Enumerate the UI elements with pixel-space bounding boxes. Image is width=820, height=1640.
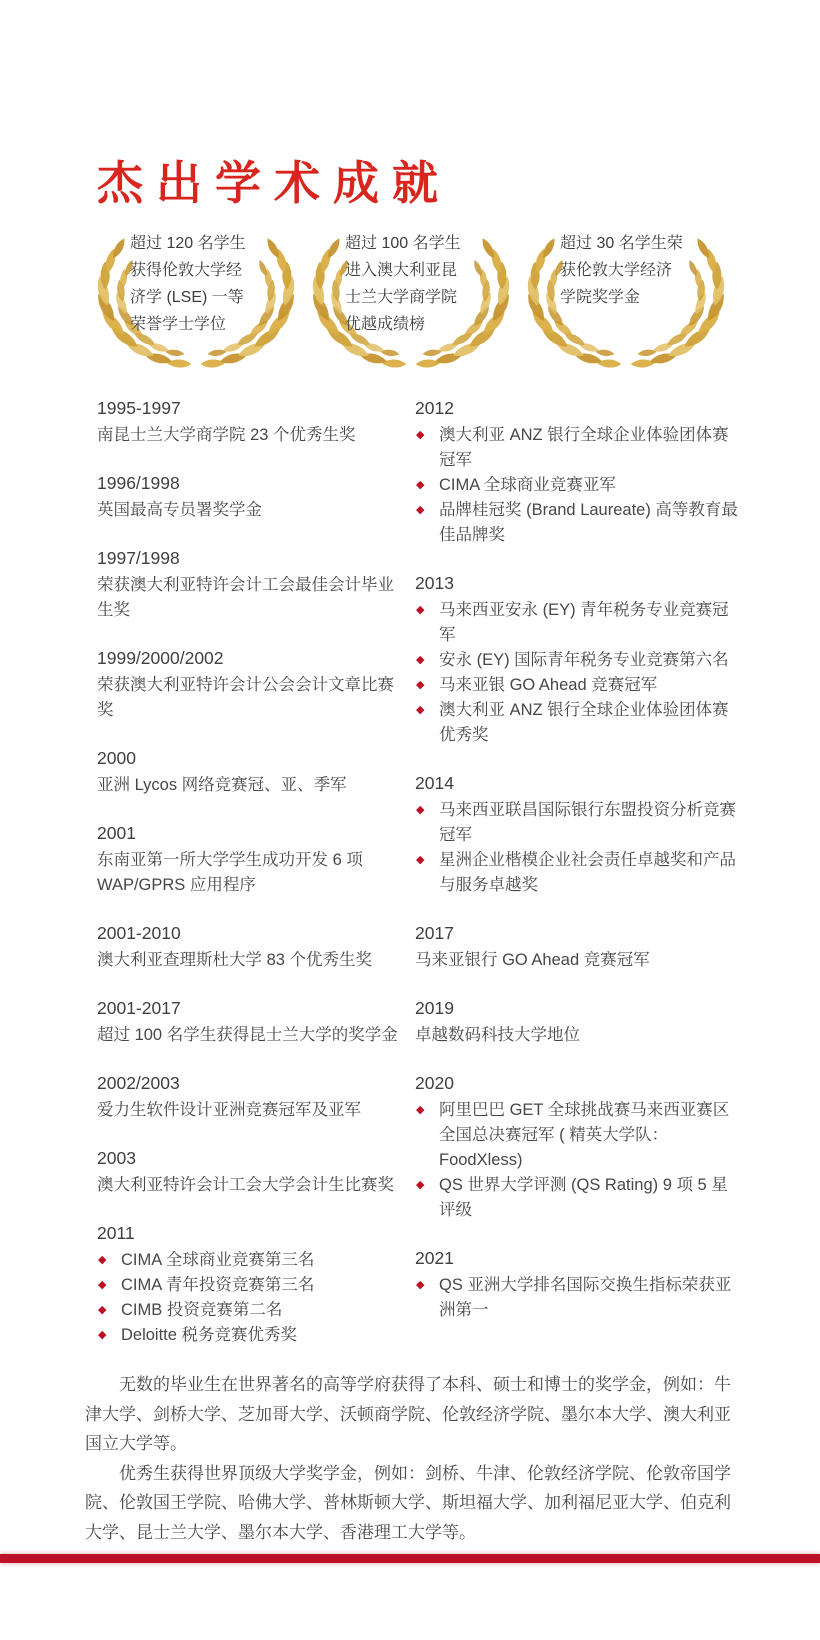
diamond-bullet-icon: ◆	[416, 673, 424, 698]
diamond-bullet-icon: ◆	[416, 498, 424, 523]
footer-paragraphs: 无数的毕业生在世界著名的高等学府获得了本科、硕士和博士的奖学金，例如：牛津大学、…	[85, 1370, 739, 1547]
badge-lse-scholarship: 超过 30 名学生荣 获伦敦大学经济 学院奖学金	[523, 210, 729, 376]
achievement-entry: 2017马来亚银行 GO Ahead 竞赛冠军	[415, 921, 739, 973]
page-title: 杰出学术成就	[97, 147, 451, 213]
entry-year: 2020	[415, 1071, 739, 1096]
award-badges-row: 超过 120 名学生 获得伦敦大学经 济学 (LSE) 一等 荣誉学士学位 超过…	[93, 210, 729, 376]
diamond-bullet-icon: ◆	[98, 1273, 106, 1298]
bullet-item-text: CIMA 全球商业竞赛亚军	[439, 476, 616, 494]
bullet-item: ◆QS 亚洲大学排名国际交换生指标荣获亚洲第一	[415, 1273, 739, 1323]
footer-paragraph-1: 无数的毕业生在世界著名的高等学府获得了本科、硕士和博士的奖学金，例如：牛津大学、…	[85, 1370, 739, 1459]
bullet-item-text: 澳大利亚 ANZ 银行全球企业体验团体赛冠军	[439, 426, 729, 469]
diamond-bullet-icon: ◆	[416, 798, 424, 823]
entry-text: 澳大利亚查理斯杜大学 83 个优秀生奖	[97, 948, 403, 973]
bullet-item: ◆CIMA 青年投资竞赛第三名	[97, 1273, 403, 1298]
achievement-entry: 2012◆澳大利亚 ANZ 银行全球企业体验团体赛冠军◆CIMA 全球商业竞赛亚…	[415, 396, 739, 548]
achievement-entry: 2000亚洲 Lycos 网络竞赛冠、亚、季军	[97, 746, 403, 798]
diamond-bullet-icon: ◆	[416, 1098, 424, 1123]
entry-year: 1999/2000/2002	[97, 646, 403, 671]
achievement-entry: 2019卓越数码科技大学地位	[415, 996, 739, 1048]
entry-year: 2011	[97, 1221, 403, 1246]
entry-year: 1996/1998	[97, 471, 403, 496]
badge-text: 超过 100 名学生 进入澳大利亚昆 士兰大学商学院 优越成绩榜	[345, 230, 496, 338]
entry-text: 英国最高专员署奖学金	[97, 498, 403, 523]
bullet-item-text: 马来西亚联昌国际银行东盟投资分析竞赛冠军	[439, 801, 736, 844]
achievement-entry: 1999/2000/2002荣获澳大利亚特许会计公会会计文章比赛奖	[97, 646, 403, 723]
bullet-item-text: Deloitte 税务竞赛优秀奖	[121, 1326, 297, 1344]
bullet-item-text: 品牌桂冠奖 (Brand Laureate) 高等教育最佳品牌奖	[439, 501, 738, 544]
bottom-red-bar	[0, 1554, 820, 1563]
achievement-entry: 2020◆阿里巴巴 GET 全球挑战赛马来西亚赛区全国总决赛冠军 ( 精英大学队…	[415, 1071, 739, 1223]
entry-year: 2001-2010	[97, 921, 403, 946]
entry-year: 2003	[97, 1146, 403, 1171]
bullet-item-text: 星洲企业楷模企业社会责任卓越奖和产品与服务卓越奖	[439, 851, 736, 894]
achievements-page: { "page": { "title": "杰出学术成就" }, "colors…	[0, 0, 820, 1640]
achievement-entry: 2011◆CIMA 全球商业竞赛第三名◆CIMA 青年投资竞赛第三名◆CIMB …	[97, 1221, 403, 1348]
bullet-item: ◆Deloitte 税务竞赛优秀奖	[97, 1323, 403, 1348]
achievement-entry: 2001东南亚第一所大学学生成功开发 6 项 WAP/GPRS 应用程序	[97, 821, 403, 898]
entry-text: 荣获澳大利亚特许会计公会会计文章比赛奖	[97, 673, 403, 723]
badge-lse-honours: 超过 120 名学生 获得伦敦大学经 济学 (LSE) 一等 荣誉学士学位	[93, 210, 299, 376]
entry-text: 卓越数码科技大学地位	[415, 1023, 739, 1048]
bullet-item-text: 马来亚银 GO Ahead 竞赛冠军	[439, 676, 657, 694]
bullet-item-text: QS 世界大学评测 (QS Rating) 9 项 5 星评级	[439, 1176, 728, 1219]
entry-text: 马来亚银行 GO Ahead 竞赛冠军	[415, 948, 739, 973]
achievement-entry: 1995-1997南昆士兰大学商学院 23 个优秀生奖	[97, 396, 403, 448]
achievements-left-column: 1995-1997南昆士兰大学商学院 23 个优秀生奖1996/1998英国最高…	[97, 396, 403, 1371]
diamond-bullet-icon: ◆	[416, 1273, 424, 1298]
achievement-entry: 2001-2017超过 100 名学生获得昆士兰大学的奖学金	[97, 996, 403, 1048]
achievement-entry: 2013◆马来西亚安永 (EY) 青年税务专业竞赛冠军◆安永 (EY) 国际青年…	[415, 571, 739, 748]
bullet-item-text: 安永 (EY) 国际青年税务专业竞赛第六名	[439, 651, 729, 669]
badge-uq-deans-list: 超过 100 名学生 进入澳大利亚昆 士兰大学商学院 优越成绩榜	[308, 210, 514, 376]
achievement-entry: 1997/1998荣获澳大利亚特许会计工会最佳会计毕业生奖	[97, 546, 403, 623]
entry-year: 2002/2003	[97, 1071, 403, 1096]
badge-text: 超过 120 名学生 获得伦敦大学经 济学 (LSE) 一等 荣誉学士学位	[130, 230, 281, 338]
entry-year: 1995-1997	[97, 396, 403, 421]
diamond-bullet-icon: ◆	[416, 848, 424, 873]
bullet-item: ◆澳大利亚 ANZ 银行全球企业体验团体赛优秀奖	[415, 698, 739, 748]
achievement-entry: 1996/1998英国最高专员署奖学金	[97, 471, 403, 523]
bullet-item-text: CIMA 青年投资竞赛第三名	[121, 1276, 314, 1294]
entry-year: 2013	[415, 571, 739, 596]
bullet-item: ◆CIMA 全球商业竞赛亚军	[415, 473, 739, 498]
bullet-item-text: 澳大利亚 ANZ 银行全球企业体验团体赛优秀奖	[439, 701, 729, 744]
entry-year: 2001-2017	[97, 996, 403, 1021]
bullet-item: ◆CIMB 投资竞赛第二名	[97, 1298, 403, 1323]
entry-text: 荣获澳大利亚特许会计工会最佳会计毕业生奖	[97, 573, 403, 623]
bullet-item: ◆马来亚银 GO Ahead 竞赛冠军	[415, 673, 739, 698]
bullet-item-text: QS 亚洲大学排名国际交换生指标荣获亚洲第一	[439, 1276, 731, 1319]
bullet-item: ◆CIMA 全球商业竞赛第三名	[97, 1248, 403, 1273]
diamond-bullet-icon: ◆	[416, 473, 424, 498]
entry-year: 2000	[97, 746, 403, 771]
entry-text: 爱力生软件设计亚洲竞赛冠军及亚军	[97, 1098, 403, 1123]
achievements-columns: 1995-1997南昆士兰大学商学院 23 个优秀生奖1996/1998英国最高…	[97, 396, 739, 1371]
entry-year: 2017	[415, 921, 739, 946]
bullet-item: ◆澳大利亚 ANZ 银行全球企业体验团体赛冠军	[415, 423, 739, 473]
entry-year: 2019	[415, 996, 739, 1021]
badge-text: 超过 30 名学生荣 获伦敦大学经济 学院奖学金	[560, 230, 711, 311]
entry-year: 1997/1998	[97, 546, 403, 571]
achievements-right-column: 2012◆澳大利亚 ANZ 银行全球企业体验团体赛冠军◆CIMA 全球商业竞赛亚…	[415, 396, 739, 1371]
diamond-bullet-icon: ◆	[416, 1173, 424, 1198]
bullet-item-text: 马来西亚安永 (EY) 青年税务专业竞赛冠军	[439, 601, 729, 644]
entry-text: 澳大利亚特许会计工会大学会计生比赛奖	[97, 1173, 403, 1198]
achievement-entry: 2003澳大利亚特许会计工会大学会计生比赛奖	[97, 1146, 403, 1198]
footer-paragraph-2: 优秀生获得世界顶级大学奖学金，例如：剑桥、牛津、伦敦经济学院、伦敦帝国学院、伦敦…	[85, 1459, 739, 1548]
diamond-bullet-icon: ◆	[98, 1323, 106, 1348]
bullet-item: ◆安永 (EY) 国际青年税务专业竞赛第六名	[415, 648, 739, 673]
bullet-item-text: 阿里巴巴 GET 全球挑战赛马来西亚赛区全国总决赛冠军 ( 精英大学队：Food…	[439, 1101, 729, 1169]
entry-text: 超过 100 名学生获得昆士兰大学的奖学金	[97, 1023, 403, 1048]
achievement-entry: 2021◆QS 亚洲大学排名国际交换生指标荣获亚洲第一	[415, 1246, 739, 1323]
bullet-item: ◆阿里巴巴 GET 全球挑战赛马来西亚赛区全国总决赛冠军 ( 精英大学队：Foo…	[415, 1098, 739, 1173]
diamond-bullet-icon: ◆	[98, 1298, 106, 1323]
entry-year: 2014	[415, 771, 739, 796]
diamond-bullet-icon: ◆	[416, 423, 424, 448]
bullet-item: ◆星洲企业楷模企业社会责任卓越奖和产品与服务卓越奖	[415, 848, 739, 898]
entry-year: 2001	[97, 821, 403, 846]
achievement-entry: 2002/2003爱力生软件设计亚洲竞赛冠军及亚军	[97, 1071, 403, 1123]
achievement-entry: 2001-2010澳大利亚查理斯杜大学 83 个优秀生奖	[97, 921, 403, 973]
bullet-item: ◆品牌桂冠奖 (Brand Laureate) 高等教育最佳品牌奖	[415, 498, 739, 548]
entry-text: 亚洲 Lycos 网络竞赛冠、亚、季军	[97, 773, 403, 798]
diamond-bullet-icon: ◆	[416, 698, 424, 723]
achievement-entry: 2014◆马来西亚联昌国际银行东盟投资分析竞赛冠军◆星洲企业楷模企业社会责任卓越…	[415, 771, 739, 898]
bullet-item: ◆马来西亚联昌国际银行东盟投资分析竞赛冠军	[415, 798, 739, 848]
entry-year: 2021	[415, 1246, 739, 1271]
bullet-item-text: CIMB 投资竞赛第二名	[121, 1301, 282, 1319]
entry-year: 2012	[415, 396, 739, 421]
diamond-bullet-icon: ◆	[416, 648, 424, 673]
entry-text: 东南亚第一所大学学生成功开发 6 项 WAP/GPRS 应用程序	[97, 848, 403, 898]
bullet-item-text: CIMA 全球商业竞赛第三名	[121, 1251, 314, 1269]
bullet-item: ◆马来西亚安永 (EY) 青年税务专业竞赛冠军	[415, 598, 739, 648]
entry-text: 南昆士兰大学商学院 23 个优秀生奖	[97, 423, 403, 448]
diamond-bullet-icon: ◆	[416, 598, 424, 623]
bullet-item: ◆QS 世界大学评测 (QS Rating) 9 项 5 星评级	[415, 1173, 739, 1223]
diamond-bullet-icon: ◆	[98, 1248, 106, 1273]
